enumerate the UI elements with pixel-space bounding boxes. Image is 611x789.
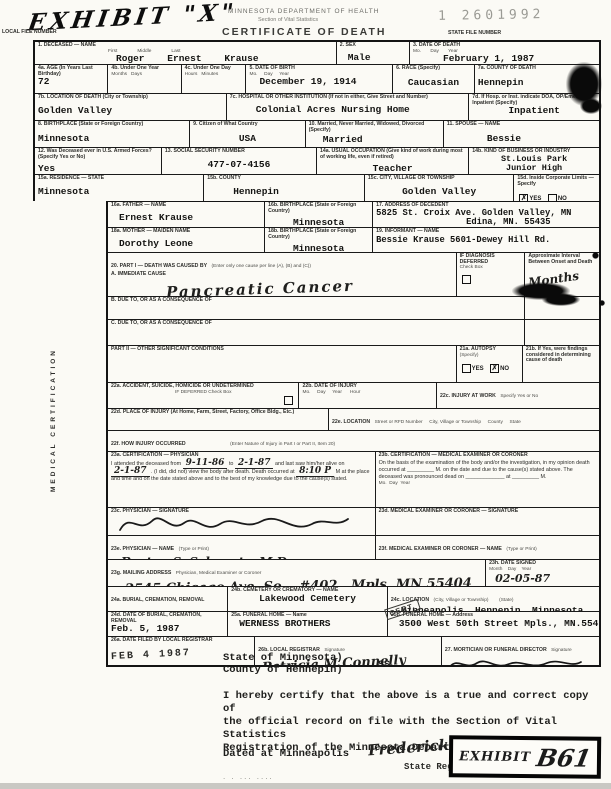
field-autopsy-findings: 21b. If Yes, were findings considered in… — [523, 346, 599, 382]
field-race: 6. RACE (Specify) Caucasian — [393, 65, 475, 93]
field-location-of-death: 7b. LOCATION OF DEATH (City or Township)… — [35, 94, 227, 120]
field-medical-examiner-name: 23f. MEDICAL EXAMINER OR CORONER — NAME … — [376, 536, 599, 559]
footer-ss: SS — [378, 660, 390, 671]
footer-faint-dots: . . ... .... — [223, 772, 274, 781]
field-date-of-injury: 22b. DATE OF INJURY Mo. Day Year Hour — [299, 383, 436, 408]
field-date-signed: 23h. DATE SIGNED Month Day Year 02-05-87 — [486, 560, 599, 586]
ink-speckle — [599, 300, 605, 306]
field-certification-medical-examiner: 23b. CERTIFICATION — MEDICAL EXAMINER OR… — [376, 452, 599, 507]
handwritten-attended-to-date: 2-1-87 — [235, 458, 274, 469]
accident-deferred-checkbox — [284, 396, 293, 405]
field-ssn: 13. SOCIAL SECURITY NUMBER 477-07-4156 — [162, 148, 317, 174]
field-citizen-of: 9. Citizen of What Country USA — [190, 121, 306, 147]
field-mother-maiden-name: 18a. MOTHER — MAIDEN NAME Dorothy Leone — [108, 228, 265, 252]
handwritten-date-signed: 02-05-87 — [489, 572, 596, 585]
field-burial-type: 24a. BURIAL, CREMATION, REMOVAL Specify … — [108, 587, 228, 611]
scan-edge-shadow — [0, 783, 611, 789]
field-kind-of-business: 14b. KIND OF BUSINESS OR INDUSTRY St.Lou… — [469, 148, 599, 174]
field-father-birthplace: 16b. BIRTHPLACE (State or Foreign Countr… — [265, 202, 373, 227]
field-armed-forces: 12. Was Deceased ever in U.S. Armed Forc… — [35, 148, 162, 174]
yes-checkbox-checked: ✗ — [519, 194, 528, 201]
interval-column-c — [525, 320, 599, 345]
department-title: MINNESOTA DEPARTMENT OF HEALTH — [228, 8, 379, 15]
field-mother-birthplace: 18b. BIRTHPLACE (State or Foreign Countr… — [265, 228, 373, 252]
state-file-number-label: STATE FILE NUMBER — [448, 31, 501, 37]
field-hospital-institution: 7c. HOSPITAL OR OTHER INSTITUTION (If no… — [227, 94, 470, 120]
field-marital-status: 10. Married, Never Married, Widowed, Div… — [306, 121, 444, 147]
exhibit-number: B61 — [534, 743, 593, 773]
field-residence-county: 15b. COUNTY Hennepin — [204, 175, 365, 201]
state-file-number-stamp: 1 2601992 — [438, 7, 545, 24]
field-mailing-address: 23g. MAILING ADDRESS Physician, Medical … — [108, 560, 486, 586]
deferred-checkbox — [462, 275, 471, 284]
field-due-to-b: B. DUE TO, OR AS A CONSEQUENCE OF — [108, 297, 525, 319]
field-sex: 2. SEX Male — [337, 42, 410, 64]
field-physician-name: 23e. PHYSICIAN — NAME (Type or Print) Bu… — [108, 536, 376, 559]
field-date-of-death: 3. DATE OF DEATH Mo. Day Year February 1… — [410, 42, 599, 64]
field-informant-name: 19. INFORMANT — NAME Bessie Krause 5601-… — [373, 228, 599, 252]
field-usual-occupation: 14a. USUAL OCCUPATION (Give kind of work… — [317, 148, 469, 174]
field-how-injury-occurred: 22f. HOW INJURY OCCURRED (Enter Nature o… — [108, 431, 599, 451]
autopsy-no-checkbox-checked: ✗ — [490, 364, 499, 373]
field-date-of-birth: 5. DATE OF BIRTH Mo. Day Year December 1… — [246, 65, 393, 93]
field-spouse-name: 11. SPOUSE — NAME Bessie — [444, 121, 599, 147]
footer-dated-line: Dated at Minneapolis — [223, 748, 349, 760]
death-certificate-form: 1. DECEASED — NAME First Middle Last Rog… — [33, 40, 601, 667]
field-cause-of-death-immediate: 20. PART I — DEATH WAS CAUSED BY (Enter … — [108, 253, 457, 296]
field-place-of-injury: 22d. PLACE OF INJURY (At Home, Farm, Str… — [108, 409, 329, 430]
handwritten-exhibit-x: EXHIBIT "X" — [26, 0, 239, 37]
field-due-to-c: C. DUE TO, OR AS A CONSEQUENCE OF — [108, 320, 525, 345]
medical-certification-side-label: MEDICAL CERTIFICATION — [50, 252, 57, 492]
local-file-number-label: LOCAL FILE NUMBER — [2, 30, 57, 36]
no-checkbox — [548, 194, 557, 201]
date-filed-stamp: FEB 4 1987 — [111, 648, 191, 663]
field-deceased-name: 1. DECEASED — NAME First Middle Last Rog… — [35, 42, 337, 64]
ink-smudge — [542, 293, 580, 306]
field-under-one-day: 4c. Under One Day Hours Minutes — [182, 65, 247, 93]
field-date-of-burial: 24d. DATE OF BURIAL, CREMATION, REMOVAL … — [108, 612, 228, 636]
handwritten-physician-name: Burton S. Schwartz, M.D. — [111, 555, 372, 559]
field-under-one-year: 4b. Under One Year Months Days — [108, 65, 181, 93]
field-injury-location: 22e. LOCATION Street or RFD Number City,… — [329, 409, 599, 430]
field-injury-at-work: 22c. INJURY AT WORK Specify Yes or No — [437, 383, 599, 408]
field-residence-state: 15a. RESIDENCE — STATE Minnesota — [35, 175, 204, 201]
field-certification-physician: 23a. CERTIFICATION — PHYSICIAN I attende… — [108, 452, 376, 507]
field-part-2-other-conditions: PART II — OTHER SIGNIFICANT CONDITIONS — [108, 346, 457, 382]
field-physician-signature: 23c. PHYSICIAN — SIGNATURE — [108, 508, 376, 535]
field-residence-city: 15c. CITY, VILLAGE OR TOWNSHIP Golden Va… — [365, 175, 514, 201]
field-funeral-home-name: 25a. FUNERAL HOME — Name WERNESS BROTHER… — [228, 612, 388, 636]
field-mortician-signature: 27. MORTICIAN OR FUNERAL DIRECTOR Signat… — [442, 637, 599, 665]
field-funeral-home-address: 25b. FUNERAL HOME — Address 3500 West 50… — [388, 612, 599, 636]
field-cemetery-name: 24b. CEMETERY OR CREMATORY — NAME Lakewo… — [228, 587, 388, 611]
physician-signature-scribble — [114, 510, 354, 535]
exhibit-b61-stamp: EXHIBIT B61 — [449, 735, 601, 779]
autopsy-yes-checkbox — [462, 364, 471, 373]
field-inside-corporate-limits: 15d. Inside Corporate Limits — Specify ✗… — [514, 175, 599, 201]
ink-smudge — [580, 98, 602, 114]
mortician-signature-scribble — [445, 656, 585, 665]
handwritten-cause-of-death: Pancreatic Cancer — [166, 276, 354, 296]
field-age: 4a. AGE (In Years Last Birthday) 72 — [35, 65, 108, 93]
field-address-of-decedent: 17. ADDRESS OF DECEDENT 5825 St. Croix A… — [373, 202, 599, 227]
handwritten-mailing-address: 2545 Chicago Ave. So. #402 Mpls. MN 5540… — [111, 576, 482, 586]
field-father-name: 16a. FATHER — NAME Ernest Krause — [108, 202, 265, 227]
handwritten-attended-from-date: 9-11-86 — [183, 458, 228, 469]
section-subtitle: Section of Vital Statistics — [258, 17, 318, 23]
field-medical-examiner-signature: 23d. MEDICAL EXAMINER OR CORONER — SIGNA… — [376, 508, 599, 535]
field-accident-suicide-homicide: 22a. ACCIDENT, SUICIDE, HOMICIDE OR UNDE… — [108, 383, 299, 408]
certificate-title: CERTIFICATE OF DEATH — [222, 26, 386, 38]
exhibit-label: EXHIBIT — [459, 749, 531, 765]
footer-state-county: State of Minnesota) County of Hennepin) — [223, 652, 343, 676]
field-autopsy: 21a. AUTOPSY (Specify) YES ✗NO — [457, 346, 523, 382]
scanned-death-certificate: EXHIBIT "X" MINNESOTA DEPARTMENT OF HEAL… — [0, 0, 611, 789]
ink-speckle — [592, 252, 599, 259]
field-birthplace: 8. BIRTHPLACE (State or Foreign Country)… — [35, 121, 190, 147]
